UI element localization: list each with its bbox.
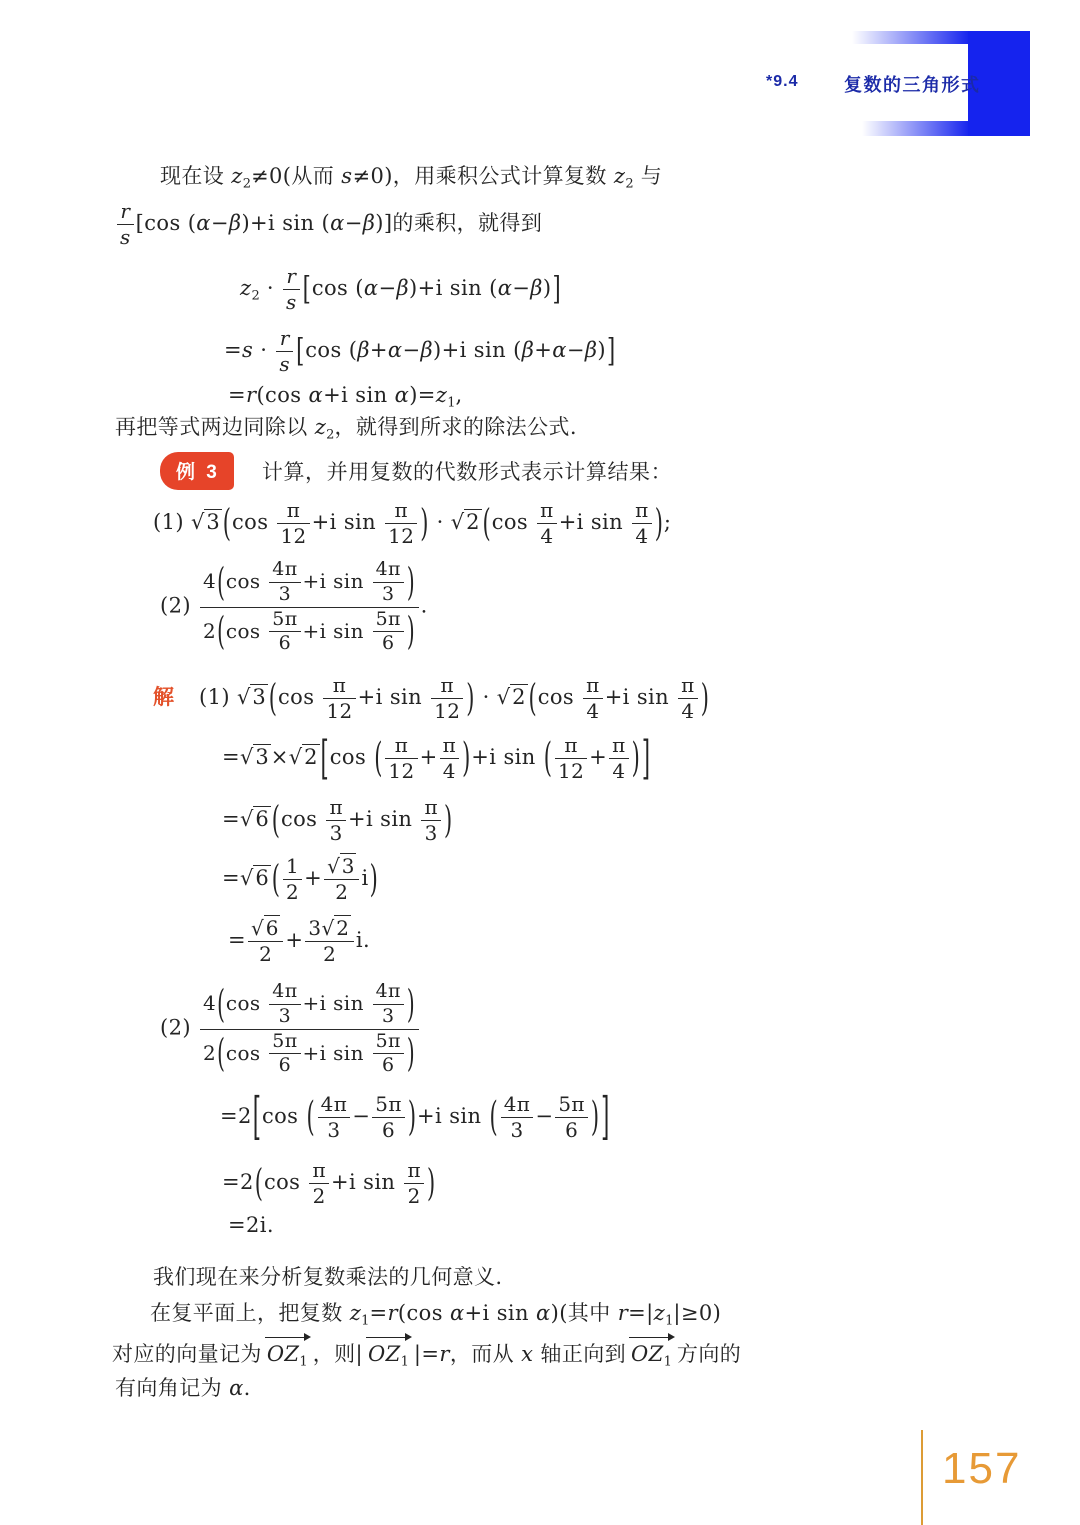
- text: cos: [264, 1170, 307, 1194]
- denominator: 12: [323, 698, 355, 723]
- text: =: [222, 807, 240, 831]
- text: 2: [408, 1184, 421, 1208]
- math-variable: r: [120, 199, 130, 223]
- text: +: [420, 745, 438, 769]
- text: +i sin: [465, 1301, 536, 1325]
- radicand: 6: [264, 915, 281, 940]
- paren: ): [406, 982, 416, 1026]
- denominator: 12: [385, 758, 417, 783]
- sqrt-radical: √2: [322, 915, 351, 940]
- text: 5π: [272, 1030, 297, 1052]
- paren: (: [305, 1093, 315, 1143]
- example-caption: 计算，并用复数的代数形式表示计算结果：: [262, 456, 672, 486]
- text: 3: [382, 583, 394, 605]
- denominator: 6: [269, 631, 300, 655]
- math-variable: α: [309, 383, 324, 407]
- sqrt-sign: √: [240, 807, 253, 831]
- text: ·: [430, 510, 451, 534]
- paren: (: [254, 1160, 264, 1207]
- text: ，就得到所求的除法公式.: [334, 415, 576, 439]
- math-variable: r: [387, 1301, 397, 1325]
- denominator: 6: [269, 1053, 300, 1077]
- text: .: [244, 1376, 251, 1400]
- vector-arrow: OZ1: [366, 1338, 411, 1371]
- numerator: 5π: [555, 1093, 588, 1117]
- text: +i sin: [323, 383, 394, 407]
- text: ): [543, 276, 552, 300]
- subscript: 1: [401, 1355, 409, 1370]
- math-variable: r: [280, 326, 290, 350]
- math-variable: α: [536, 1301, 551, 1325]
- text: +: [589, 745, 607, 769]
- text: 5π: [558, 1092, 585, 1116]
- denominator: 4: [609, 758, 629, 783]
- radicand: 2: [334, 915, 351, 940]
- paren: (: [489, 1093, 499, 1143]
- fraction: π12: [555, 734, 587, 783]
- subscript: 2: [251, 288, 259, 303]
- footer-rule: [921, 1430, 923, 1525]
- subscript: 1: [664, 1355, 672, 1370]
- text: +i sin: [559, 510, 630, 534]
- sqrt-sign: √: [322, 916, 335, 940]
- text: i: [361, 866, 368, 890]
- text: 12: [388, 524, 414, 548]
- numerator: π: [421, 796, 441, 820]
- text: =: [228, 928, 246, 952]
- text: )+i sin (: [433, 338, 522, 362]
- text: π: [394, 498, 408, 522]
- numerator: π: [323, 674, 355, 698]
- denominator: 3: [326, 820, 346, 845]
- paren: (: [271, 856, 281, 903]
- sqrt-radical: √3: [327, 853, 356, 878]
- numerator: 4π: [373, 559, 404, 582]
- paren: (: [543, 734, 553, 784]
- sqrt-sign: √: [240, 866, 253, 890]
- text: 6: [382, 1118, 395, 1142]
- text: π: [312, 1158, 326, 1182]
- math-variable: r: [439, 1342, 449, 1366]
- numerator: 5π: [373, 609, 404, 632]
- text: cos (: [312, 276, 364, 300]
- text: 4: [681, 699, 694, 723]
- paren: (: [216, 1032, 226, 1076]
- math-variable: β: [357, 338, 370, 362]
- text: (2): [160, 1016, 198, 1040]
- fraction: π12: [385, 499, 417, 548]
- denominator: 4: [440, 758, 460, 783]
- sqrt-sign: √: [327, 854, 340, 878]
- text: =: [224, 338, 242, 362]
- text: ，而从: [450, 1342, 521, 1366]
- denominator: 2: [324, 879, 359, 904]
- text: .: [421, 594, 428, 618]
- math-variable: α: [364, 276, 379, 300]
- solution-1-step1: =√3×√2[cos (π12+π4)+i sin (π12+π4)]: [222, 734, 651, 783]
- fraction: π2: [309, 1159, 329, 1208]
- numerator: √6: [248, 917, 283, 941]
- math-variable: α: [450, 1301, 465, 1325]
- text: 2: [286, 880, 299, 904]
- math-variable: s: [242, 338, 253, 362]
- sqrt-sign: √: [497, 685, 510, 709]
- text: =2i.: [228, 1213, 274, 1237]
- numerator: π: [537, 499, 557, 523]
- numerator: 4π: [269, 981, 300, 1004]
- example-badge: 例 3: [160, 452, 234, 490]
- text: +: [534, 338, 552, 362]
- text: +: [370, 338, 388, 362]
- text: −: [567, 338, 585, 362]
- text: )+i sin (: [409, 276, 498, 300]
- fraction: 4(cos 4π3+i sin 4π3)2(cos 5π6+i sin 5π6): [200, 981, 419, 1077]
- math-variable: r: [246, 383, 256, 407]
- paren: (: [271, 797, 281, 844]
- text: 2: [203, 618, 216, 642]
- denominator: 2(cos 5π6+i sin 5π6): [200, 607, 419, 656]
- text: π: [329, 795, 343, 819]
- example-3-line: 例 3 计算，并用复数的代数形式表示计算结果：: [160, 452, 672, 490]
- sqrt-radical: √2: [497, 684, 528, 709]
- math-variable: OZ: [631, 1342, 664, 1366]
- radicand: 3: [204, 509, 221, 534]
- paren: [: [320, 730, 330, 788]
- text: 6: [382, 1054, 394, 1076]
- text: 4: [540, 524, 553, 548]
- fraction: 4π3: [373, 981, 404, 1028]
- section-title: 复数的三角形式: [844, 71, 981, 97]
- text: +i sin: [605, 685, 676, 709]
- text: (1): [153, 510, 191, 534]
- text: cos: [281, 807, 324, 831]
- subscript: 2: [243, 177, 251, 192]
- solution-1: 解(1) √3(cos π12+i sin π12) · √2(cos π4+i…: [153, 674, 710, 723]
- text: |≥0): [673, 1301, 721, 1325]
- sqrt-sign: √: [289, 745, 302, 769]
- denominator: 6: [372, 1117, 405, 1142]
- denominator: 2: [283, 879, 302, 904]
- radicand: 3: [340, 853, 357, 878]
- subscript: 2: [625, 177, 633, 192]
- text: π: [586, 673, 600, 697]
- header-gradient-bottom: [862, 121, 970, 136]
- text: 5π: [376, 608, 401, 630]
- paren: [: [302, 270, 312, 309]
- fraction: π4: [440, 734, 460, 783]
- denominator: 3: [373, 582, 404, 606]
- denominator: 3: [269, 582, 300, 606]
- radicand: 6: [253, 865, 270, 890]
- text: 有向角记为: [115, 1376, 229, 1400]
- text: (cos: [256, 383, 308, 407]
- fraction: √32: [324, 855, 359, 904]
- text: 3: [382, 1005, 394, 1027]
- denominator: 3: [269, 1004, 300, 1028]
- text: |=: [414, 1342, 439, 1366]
- text: =: [222, 745, 240, 769]
- text: π: [635, 498, 649, 522]
- numerator: 5π: [269, 609, 300, 632]
- math-variable: β: [396, 276, 409, 300]
- vector-arrow: OZ1: [629, 1338, 674, 1371]
- eq-product-2: =s · rs[cos (β+α−β)+i sin (β+α−β)]: [224, 327, 616, 376]
- text: 2: [203, 1040, 216, 1064]
- denominator: 3: [421, 820, 441, 845]
- denominator: 3: [318, 1117, 351, 1142]
- text: 2: [259, 942, 272, 966]
- numerator: 5π: [373, 1031, 404, 1054]
- page-number: 157: [942, 1444, 1021, 1494]
- math-variable: s: [279, 352, 290, 376]
- math-variable: β: [229, 211, 242, 235]
- subscript: 1: [447, 396, 455, 411]
- denominator: 6: [373, 631, 404, 655]
- text: =: [369, 1301, 387, 1325]
- math-variable: α: [395, 383, 410, 407]
- math-variable: z: [240, 276, 251, 300]
- text: cos: [226, 1040, 267, 1064]
- math-variable: z: [436, 383, 447, 407]
- math-variable: z: [315, 415, 326, 439]
- text: )]的乘积，就得到: [375, 211, 542, 235]
- sqrt-sign: √: [237, 685, 250, 709]
- fraction: π4: [609, 734, 629, 783]
- radicand: 2: [510, 684, 527, 709]
- text: π: [681, 673, 695, 697]
- text: 对应的向量记为: [112, 1342, 262, 1366]
- text: +i sin: [348, 807, 419, 831]
- text: ×: [271, 745, 289, 769]
- solve-label: 解: [153, 684, 175, 709]
- numerator: 5π: [372, 1093, 405, 1117]
- numerator: 4π: [318, 1093, 351, 1117]
- text: 5π: [272, 608, 297, 630]
- problem-1: (1) √3(cos π12+i sin π12) · √2(cos π4+i …: [153, 499, 671, 548]
- para-geometry-3: 对应的向量记为OZ1，则|OZ1|=r，而从 x 轴正向到OZ1方向的: [112, 1338, 741, 1371]
- math-variable: β: [530, 276, 543, 300]
- text: =: [222, 866, 240, 890]
- sqrt-sign: √: [240, 745, 253, 769]
- text: (2): [160, 594, 198, 618]
- text: π: [540, 498, 554, 522]
- subscript: 1: [299, 1355, 307, 1370]
- text: π: [564, 733, 578, 757]
- numerator: π: [609, 734, 629, 758]
- text: +i sin: [303, 569, 371, 593]
- numerator: 4π: [501, 1093, 534, 1117]
- paren: ): [654, 500, 664, 547]
- text: −: [345, 211, 363, 235]
- math-variable: α: [388, 338, 403, 362]
- paren: ): [700, 675, 710, 722]
- paren: ]: [551, 270, 561, 309]
- text: 12: [326, 699, 352, 723]
- math-variable: s: [286, 290, 297, 314]
- text: 5π: [376, 1030, 401, 1052]
- text: 12: [280, 524, 306, 548]
- fraction: π12: [277, 499, 309, 548]
- text: 3: [330, 821, 343, 845]
- math-variable: α: [229, 1376, 244, 1400]
- math-variable: z: [350, 1301, 361, 1325]
- para-divide: 再把等式两边同除以 z2，就得到所求的除法公式.: [115, 414, 577, 444]
- text: cos: [262, 1104, 305, 1128]
- text: ≠0)，用乘积公式计算复数: [352, 164, 613, 188]
- denominator: s: [283, 289, 300, 314]
- denominator: 4: [632, 523, 652, 548]
- text: 4: [635, 524, 648, 548]
- text: +i sin: [471, 745, 542, 769]
- math-variable: β: [522, 338, 535, 362]
- math-variable: β: [420, 338, 433, 362]
- text: ,: [456, 383, 463, 407]
- numerator: 1: [283, 855, 302, 879]
- text: 4π: [272, 980, 297, 1002]
- text: i.: [356, 928, 370, 952]
- denominator: s: [117, 224, 134, 249]
- text: 3: [279, 1005, 291, 1027]
- numerator: π: [385, 734, 417, 758]
- text: −: [535, 1104, 553, 1128]
- text: 2: [335, 880, 348, 904]
- radicand: 6: [253, 806, 270, 831]
- math-variable: x: [521, 1342, 533, 1366]
- numerator: π: [385, 499, 417, 523]
- text: cos: [232, 510, 275, 534]
- text: 4: [586, 699, 599, 723]
- numerator: r: [276, 327, 293, 351]
- text: =|: [628, 1301, 653, 1325]
- text: 2: [323, 942, 336, 966]
- text: π: [440, 673, 454, 697]
- numerator: 4π: [269, 559, 300, 582]
- sqrt-radical: √2: [289, 744, 320, 769]
- numerator: π: [440, 734, 460, 758]
- denominator: 4: [678, 698, 698, 723]
- text: 3: [308, 916, 321, 940]
- radicand: 2: [302, 744, 319, 769]
- text: 4π: [504, 1092, 531, 1116]
- numerator: π: [309, 1159, 329, 1183]
- paren: ]: [606, 332, 616, 371]
- text: =: [228, 383, 246, 407]
- fraction: 5π6: [372, 1093, 405, 1142]
- fraction: π12: [385, 734, 417, 783]
- text: 4π: [321, 1092, 348, 1116]
- denominator: 6: [373, 1053, 404, 1077]
- radicand: 3: [253, 744, 270, 769]
- numerator: π: [404, 1159, 424, 1183]
- text: =2: [220, 1104, 252, 1128]
- text: π: [333, 673, 347, 697]
- paren: ]: [600, 1086, 610, 1149]
- text: 6: [382, 632, 394, 654]
- text: −: [352, 1104, 370, 1128]
- para-geometry-2: 在复平面上，把复数 z1=r(cos α+i sin α)(其中 r=|z1|≥…: [150, 1300, 721, 1330]
- fraction: π12: [431, 674, 463, 723]
- fraction: √62: [248, 917, 283, 966]
- text: cos: [330, 745, 373, 769]
- sqrt-radical: √2: [451, 509, 482, 534]
- fraction: rs: [117, 200, 134, 249]
- text: 1: [286, 854, 299, 878]
- text: +i sin: [303, 1040, 371, 1064]
- problem-2: (2) 4(cos 4π3+i sin 4π3)2(cos 5π6+i sin …: [160, 559, 428, 655]
- text: (cos: [398, 1301, 450, 1325]
- paren: [: [295, 332, 305, 371]
- text: cos: [226, 991, 267, 1015]
- fraction: 4π3: [318, 1093, 351, 1142]
- text: ): [597, 338, 606, 362]
- denominator: 12: [555, 758, 587, 783]
- text: 5π: [375, 1092, 402, 1116]
- fraction: 4π3: [269, 559, 300, 606]
- math-variable: β: [585, 338, 598, 362]
- text: 2: [313, 1184, 326, 1208]
- text: 4: [443, 759, 456, 783]
- text: +i sin: [303, 991, 371, 1015]
- para-intro-2: rs[cos (α−β)+i sin (α−β)]的乘积，就得到: [115, 200, 542, 249]
- math-variable: α: [498, 276, 513, 300]
- text: )=: [409, 383, 436, 407]
- sqrt-radical: √6: [240, 865, 271, 890]
- text: ·: [476, 685, 497, 709]
- sqrt-sign: √: [451, 510, 464, 534]
- radicand: 3: [250, 684, 267, 709]
- text: +i sin: [303, 618, 371, 642]
- text: ≠0(从而: [251, 164, 341, 188]
- text: π: [407, 1158, 421, 1182]
- text: 4π: [376, 558, 401, 580]
- text: 轴正向到: [533, 1342, 626, 1366]
- denominator: 2: [309, 1183, 329, 1208]
- numerator: 3√2: [305, 917, 354, 941]
- math-variable: α: [330, 211, 345, 235]
- numerator: π: [583, 674, 603, 698]
- text: π: [443, 733, 457, 757]
- text: cos: [226, 569, 267, 593]
- text: 与: [634, 164, 662, 188]
- section-number: *9.4: [766, 73, 798, 91]
- text: 我们现在来分析复数乘法的几何意义.: [153, 1265, 502, 1289]
- text: 3: [510, 1118, 523, 1142]
- denominator: 4: [583, 698, 603, 723]
- vector-arrow: OZ1: [265, 1338, 310, 1371]
- text: 12: [434, 699, 460, 723]
- numerator: 4(cos 4π3+i sin 4π3): [200, 981, 419, 1029]
- text: +i sin: [331, 1170, 402, 1194]
- text: )+i sin (: [241, 211, 330, 235]
- text: cos: [226, 618, 267, 642]
- paren: (: [216, 560, 226, 604]
- denominator: 2(cos 5π6+i sin 5π6): [200, 1029, 419, 1078]
- paren: (: [216, 982, 226, 1026]
- text: ·: [253, 338, 274, 362]
- text: π: [424, 795, 438, 819]
- text: +: [285, 928, 303, 952]
- numerator: π: [555, 734, 587, 758]
- text: ·: [260, 276, 281, 300]
- text: −: [378, 276, 396, 300]
- text: 4π: [376, 980, 401, 1002]
- numerator: 5π: [269, 1031, 300, 1054]
- text: [cos (: [136, 211, 197, 235]
- math-variable: s: [120, 225, 131, 249]
- fraction: π3: [326, 796, 346, 845]
- eq-product-1: z2 · rs[cos (α−β)+i sin (α−β)]: [240, 265, 562, 314]
- solution-1-step3: =√6(12+√32i): [222, 855, 379, 904]
